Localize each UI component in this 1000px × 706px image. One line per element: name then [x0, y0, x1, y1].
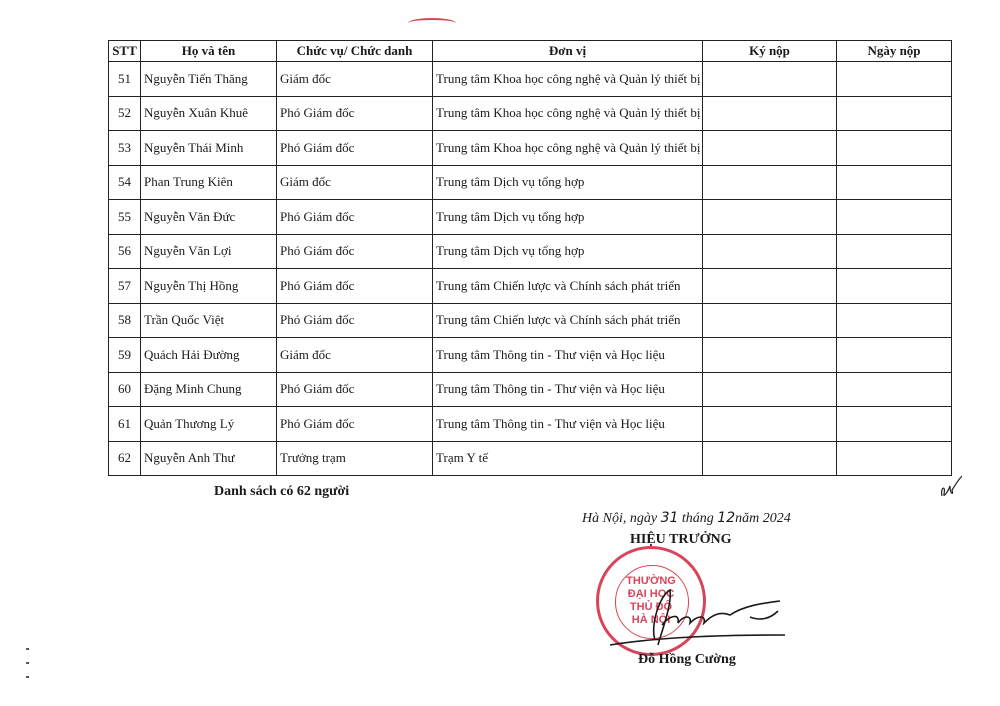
- row-signature-cell: [703, 234, 837, 269]
- row-date-cell: [837, 303, 952, 338]
- total-count: Danh sách có 62 người: [214, 484, 349, 500]
- row-stt: 51: [109, 62, 141, 97]
- table-row: 51Nguyễn Tiến ThăngGiám đốcTrung tâm Kho…: [109, 62, 952, 97]
- row-stt: 62: [109, 441, 141, 476]
- row-date-cell: [837, 62, 952, 97]
- date-day: 31: [661, 510, 679, 526]
- row-name: Trần Quốc Việt: [141, 303, 277, 338]
- row-stt: 54: [109, 165, 141, 200]
- table-row: 52Nguyễn Xuân KhuêPhó Giám đốcTrung tâm …: [109, 96, 952, 131]
- row-unit: Trung tâm Thông tin - Thư viện và Học li…: [433, 372, 703, 407]
- row-signature-cell: [703, 131, 837, 166]
- row-unit: Trung tâm Khoa học công nghệ và Quản lý …: [433, 62, 703, 97]
- row-date-cell: [837, 131, 952, 166]
- row-signature-cell: [703, 200, 837, 235]
- header-stt: STT: [109, 41, 141, 62]
- signer-name: Đỗ Hồng Cường: [638, 652, 736, 668]
- date-month: 12: [717, 510, 735, 526]
- row-name: Phan Trung Kiên: [141, 165, 277, 200]
- table-row: 62Nguyễn Anh ThưTrưởng trạmTrạm Y tế: [109, 441, 952, 476]
- table-row: 56Nguyễn Văn LợiPhó Giám đốcTrung tâm Dị…: [109, 234, 952, 269]
- row-name: Nguyễn Tiến Thăng: [141, 62, 277, 97]
- table-header-row: STT Họ và tên Chức vụ/ Chức danh Đơn vị …: [109, 41, 952, 62]
- header-signature: Ký nộp: [703, 41, 837, 62]
- row-unit: Trung tâm Chiến lược và Chính sách phát …: [433, 269, 703, 304]
- initials-signature: [938, 474, 962, 500]
- table-row: 55Nguyễn Văn ĐứcPhó Giám đốcTrung tâm Dị…: [109, 200, 952, 235]
- row-unit: Trạm Y tế: [433, 441, 703, 476]
- table-row: 61Quản Thương LýPhó Giám đốcTrung tâm Th…: [109, 407, 952, 442]
- table-row: 53Nguyễn Thái MinhPhó Giám đốcTrung tâm …: [109, 131, 952, 166]
- row-name: Quản Thương Lý: [141, 407, 277, 442]
- row-signature-cell: [703, 62, 837, 97]
- row-stt: 59: [109, 338, 141, 373]
- date-line: Hà Nội, ngày 31 tháng 12năm 2024: [582, 510, 791, 527]
- row-stt: 55: [109, 200, 141, 235]
- row-role: Phó Giám đốc: [277, 372, 433, 407]
- row-name: Nguyễn Văn Lợi: [141, 234, 277, 269]
- row-role: Giám đốc: [277, 62, 433, 97]
- row-name: Nguyễn Anh Thư: [141, 441, 277, 476]
- red-ink-mark: [408, 18, 456, 28]
- table-row: 57Nguyễn Thị HồngPhó Giám đốcTrung tâm C…: [109, 269, 952, 304]
- row-unit: Trung tâm Dịch vụ tổng hợp: [433, 200, 703, 235]
- row-signature-cell: [703, 96, 837, 131]
- row-unit: Trung tâm Dịch vụ tổng hợp: [433, 165, 703, 200]
- row-name: Nguyễn Thị Hồng: [141, 269, 277, 304]
- row-date-cell: [837, 200, 952, 235]
- table-row: 58Trần Quốc ViệtPhó Giám đốcTrung tâm Ch…: [109, 303, 952, 338]
- row-signature-cell: [703, 269, 837, 304]
- row-name: Đặng Minh Chung: [141, 372, 277, 407]
- row-stt: 56: [109, 234, 141, 269]
- row-role: Phó Giám đốc: [277, 303, 433, 338]
- row-unit: Trung tâm Khoa học công nghệ và Quản lý …: [433, 131, 703, 166]
- principal-signature: [600, 585, 790, 655]
- staff-table: STT Họ và tên Chức vụ/ Chức danh Đơn vị …: [108, 40, 952, 476]
- row-role: Phó Giám đốc: [277, 131, 433, 166]
- row-date-cell: [837, 441, 952, 476]
- row-date-cell: [837, 165, 952, 200]
- header-role: Chức vụ/ Chức danh: [277, 41, 433, 62]
- row-stt: 57: [109, 269, 141, 304]
- header-name: Họ và tên: [141, 41, 277, 62]
- row-role: Phó Giám đốc: [277, 96, 433, 131]
- row-unit: Trung tâm Chiến lược và Chính sách phát …: [433, 303, 703, 338]
- row-stt: 53: [109, 131, 141, 166]
- row-role: Giám đốc: [277, 165, 433, 200]
- row-unit: Trung tâm Thông tin - Thư viện và Học li…: [433, 338, 703, 373]
- table-row: 60Đặng Minh ChungPhó Giám đốcTrung tâm T…: [109, 372, 952, 407]
- row-signature-cell: [703, 303, 837, 338]
- header-unit: Đơn vị: [433, 41, 703, 62]
- row-date-cell: [837, 407, 952, 442]
- table-row: 54Phan Trung KiênGiám đốcTrung tâm Dịch …: [109, 165, 952, 200]
- row-stt: 60: [109, 372, 141, 407]
- row-role: Phó Giám đốc: [277, 269, 433, 304]
- row-role: Phó Giám đốc: [277, 407, 433, 442]
- row-date-cell: [837, 234, 952, 269]
- row-signature-cell: [703, 441, 837, 476]
- row-name: Nguyễn Xuân Khuê: [141, 96, 277, 131]
- row-signature-cell: [703, 165, 837, 200]
- row-date-cell: [837, 269, 952, 304]
- row-name: Nguyễn Văn Đức: [141, 200, 277, 235]
- margin-marks: [26, 648, 32, 696]
- row-signature-cell: [703, 372, 837, 407]
- row-unit: Trung tâm Khoa học công nghệ và Quản lý …: [433, 96, 703, 131]
- row-name: Nguyễn Thái Minh: [141, 131, 277, 166]
- row-role: Trưởng trạm: [277, 441, 433, 476]
- date-year: 2024: [763, 511, 791, 526]
- row-role: Phó Giám đốc: [277, 234, 433, 269]
- header-date: Ngày nộp: [837, 41, 952, 62]
- row-signature-cell: [703, 338, 837, 373]
- row-date-cell: [837, 96, 952, 131]
- row-stt: 61: [109, 407, 141, 442]
- row-date-cell: [837, 372, 952, 407]
- row-unit: Trung tâm Thông tin - Thư viện và Học li…: [433, 407, 703, 442]
- row-unit: Trung tâm Dịch vụ tổng hợp: [433, 234, 703, 269]
- table-row: 59Quách Hải ĐườngGiám đốcTrung tâm Thông…: [109, 338, 952, 373]
- row-name: Quách Hải Đường: [141, 338, 277, 373]
- row-stt: 58: [109, 303, 141, 338]
- row-role: Phó Giám đốc: [277, 200, 433, 235]
- row-date-cell: [837, 338, 952, 373]
- row-stt: 52: [109, 96, 141, 131]
- row-role: Giám đốc: [277, 338, 433, 373]
- row-signature-cell: [703, 407, 837, 442]
